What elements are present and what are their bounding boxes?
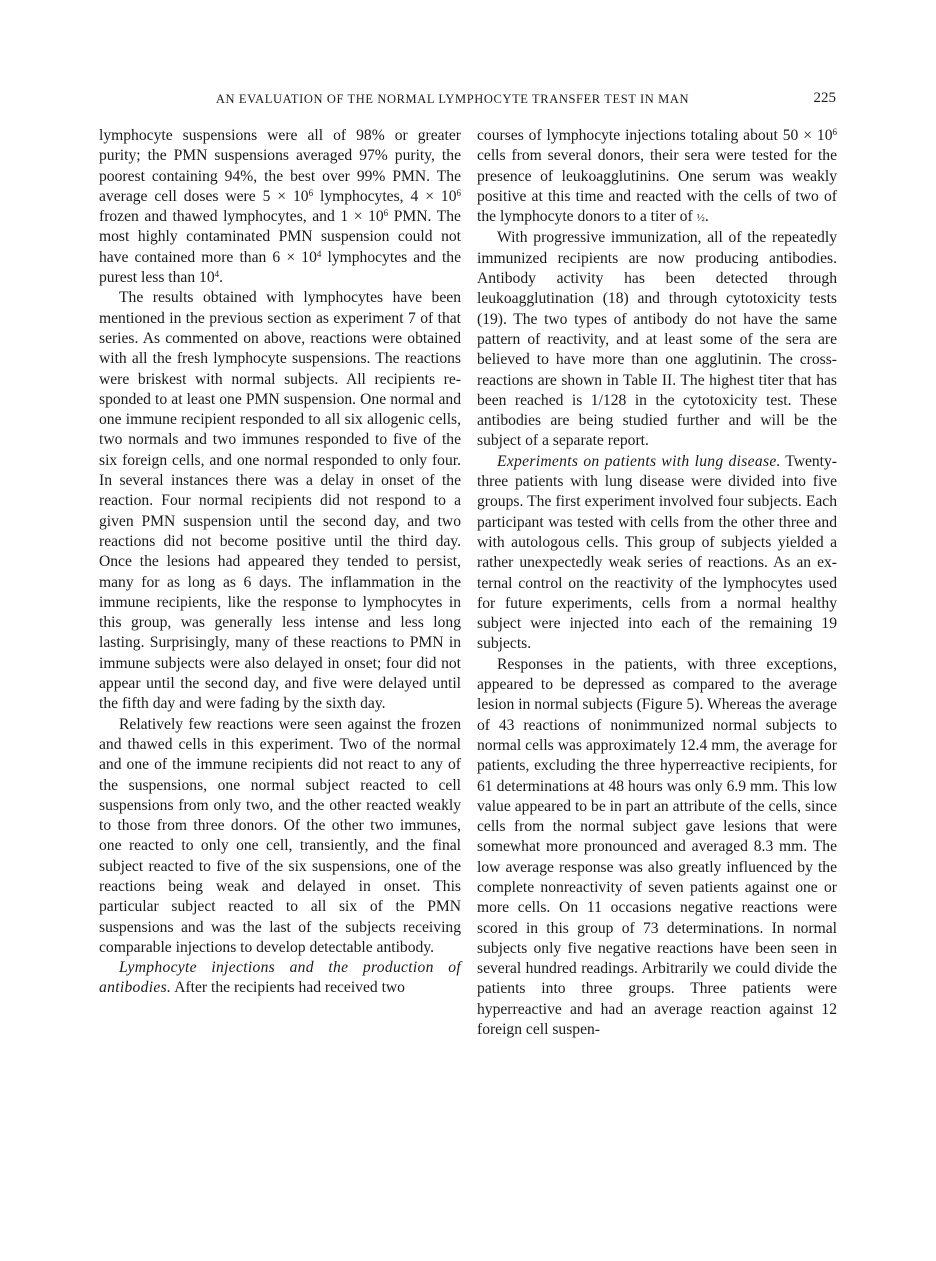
paragraph-lymphocyte-results: The results obtained with lymphocytes ha… [99, 288, 461, 714]
paragraph-progressive-immunization: With progressive immunization, all of th… [477, 228, 837, 451]
fraction-one-half: ½ [697, 212, 705, 224]
page-number: 225 [814, 90, 837, 107]
paragraph-lymphocyte-injections: Lymphocyte injections and the production… [99, 958, 461, 999]
paragraph-patient-responses: Responses in the patients, with three ex… [477, 655, 837, 1041]
paragraph-lung-disease: Experiments on patients with lung diseas… [477, 452, 837, 655]
right-column: courses of lymphocyte injections totalin… [477, 126, 837, 1040]
paragraph-leukoagglutinins: courses of lymphocyte injections totalin… [477, 126, 837, 228]
paragraph-frozen-thawed: Relatively few reactions were seen again… [99, 715, 461, 959]
section-heading: Experiments on patients with lung diseas… [497, 453, 781, 470]
running-title: AN EVALUATION OF THE NORMAL LYMPHOCYTE T… [99, 92, 836, 107]
running-header: AN EVALUATION OF THE NORMAL LYMPHOCYTE T… [99, 90, 836, 110]
paragraph-cell-purity: lymphocyte suspensions were all of 98% o… [99, 126, 461, 288]
left-column: lymphocyte suspensions were all of 98% o… [99, 126, 461, 999]
